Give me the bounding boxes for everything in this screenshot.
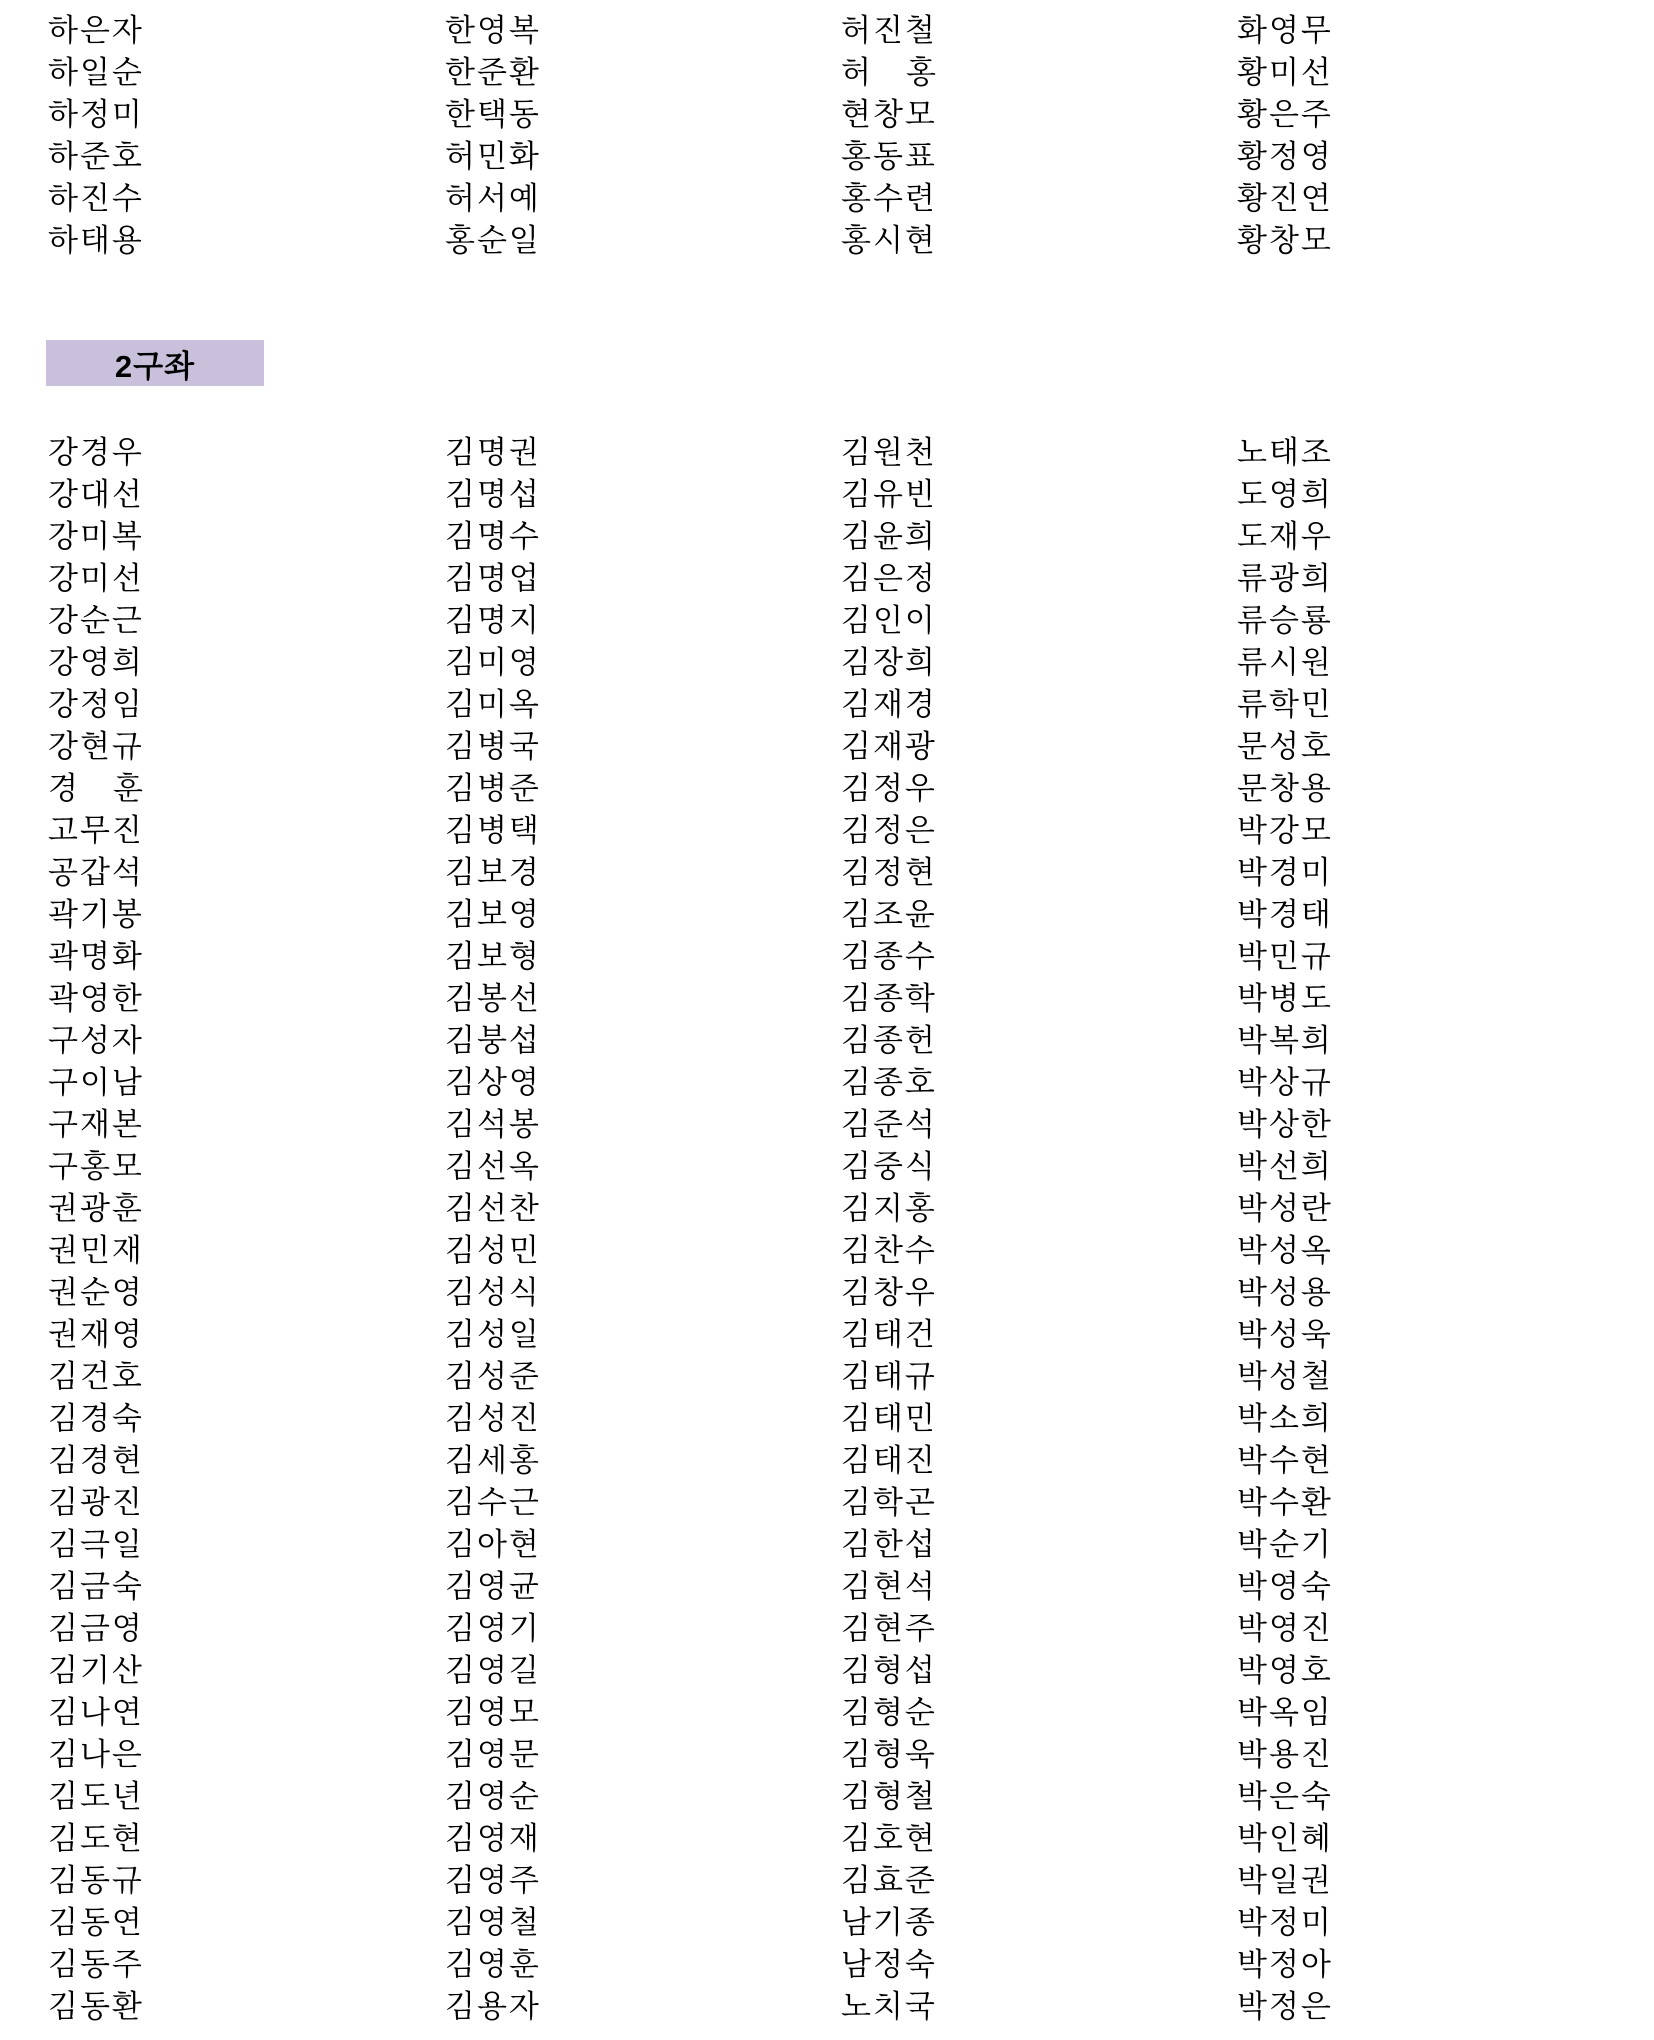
list-item: 김용자 xyxy=(445,1982,541,2024)
list-item: 하일순 xyxy=(48,48,144,90)
list-item: 류학민 xyxy=(1237,680,1333,722)
list-item: 김태진 xyxy=(841,1436,937,1478)
list-item: 박경태 xyxy=(1237,890,1333,932)
list-item: 김성진 xyxy=(445,1394,541,1436)
list-item: 권순영 xyxy=(48,1268,145,1310)
list-item: 구홍모 xyxy=(48,1142,145,1184)
list-item: 김태건 xyxy=(841,1310,937,1352)
list-item: 김형순 xyxy=(841,1688,937,1730)
list-item: 도영희 xyxy=(1237,470,1333,512)
section-header-label: 2구좌 xyxy=(115,341,195,386)
top-list-column-4: 화영무황미선황은주황정영황진연황창모 xyxy=(1237,6,1333,258)
list-item: 김성민 xyxy=(445,1226,541,1268)
list-item: 구이남 xyxy=(48,1058,145,1100)
list-item: 박상한 xyxy=(1237,1100,1333,1142)
list-item: 박일권 xyxy=(1237,1856,1333,1898)
list-item: 김병준 xyxy=(445,764,541,806)
list-item: 김병택 xyxy=(445,806,541,848)
list-item: 김영재 xyxy=(445,1814,541,1856)
list-item: 김영훈 xyxy=(445,1940,541,1982)
list-item: 공갑석 xyxy=(48,848,145,890)
list-item: 김영모 xyxy=(445,1688,541,1730)
list-item: 김명권 xyxy=(445,428,541,470)
list-item: 허서예 xyxy=(445,174,541,216)
list-item: 김나은 xyxy=(48,1730,145,1772)
list-item: 노치국 xyxy=(841,1982,937,2024)
list-item: 김명수 xyxy=(445,512,541,554)
list-item: 박성옥 xyxy=(1237,1226,1333,1268)
list-item: 김동환 xyxy=(48,1982,145,2024)
list-item: 박상규 xyxy=(1237,1058,1333,1100)
list-item: 하정미 xyxy=(48,90,144,132)
list-item: 박영진 xyxy=(1237,1604,1333,1646)
list-item: 김명섭 xyxy=(445,470,541,512)
list-item: 박병도 xyxy=(1237,974,1333,1016)
main-list-column-4: 노태조도영희도재우류광희류승룡류시원류학민문성호문창용박강모박경미박경태박민규박… xyxy=(1237,428,1333,2024)
list-item: 박인혜 xyxy=(1237,1814,1333,1856)
list-item: 문성호 xyxy=(1237,722,1333,764)
list-item: 김중식 xyxy=(841,1142,937,1184)
list-item: 김명업 xyxy=(445,554,541,596)
main-list-column-1: 강경우강대선강미복강미선강순근강영희강정임강현규경 훈고무진공갑석곽기봉곽명화곽… xyxy=(48,428,145,2024)
list-item: 노태조 xyxy=(1237,428,1333,470)
list-item: 김재경 xyxy=(841,680,937,722)
list-item: 김형욱 xyxy=(841,1730,937,1772)
list-item: 김현석 xyxy=(841,1562,937,1604)
list-item: 김정우 xyxy=(841,764,937,806)
list-item: 김재광 xyxy=(841,722,937,764)
list-item: 현창모 xyxy=(841,90,938,132)
list-item: 권민재 xyxy=(48,1226,145,1268)
list-item: 박정은 xyxy=(1237,1982,1333,2024)
list-item: 김동연 xyxy=(48,1898,145,1940)
list-item: 경 훈 xyxy=(48,764,145,806)
list-item: 박수환 xyxy=(1237,1478,1333,1520)
page: 하은자하일순하정미하준호하진수하태용 한영복한준환한택동허민화허서예홍순일 허진… xyxy=(0,0,1654,2040)
list-item: 박복희 xyxy=(1237,1016,1333,1058)
list-item: 김금숙 xyxy=(48,1562,145,1604)
list-item: 김아현 xyxy=(445,1520,541,1562)
list-item: 김병국 xyxy=(445,722,541,764)
list-item: 김경현 xyxy=(48,1436,145,1478)
list-item: 홍순일 xyxy=(445,216,541,258)
list-item: 황은주 xyxy=(1237,90,1333,132)
list-item: 강경우 xyxy=(48,428,145,470)
list-item: 한택동 xyxy=(445,90,541,132)
list-item: 김세홍 xyxy=(445,1436,541,1478)
list-item: 김영주 xyxy=(445,1856,541,1898)
list-item: 남정숙 xyxy=(841,1940,937,1982)
top-list-column-1: 하은자하일순하정미하준호하진수하태용 xyxy=(48,6,144,258)
top-list-column-3: 허진철허 홍현창모홍동표홍수련홍시현 xyxy=(841,6,938,258)
list-item: 김광진 xyxy=(48,1478,145,1520)
list-item: 박수현 xyxy=(1237,1436,1333,1478)
list-item: 문창용 xyxy=(1237,764,1333,806)
list-item: 허민화 xyxy=(445,132,541,174)
list-item: 김동주 xyxy=(48,1940,145,1982)
list-item: 김효준 xyxy=(841,1856,937,1898)
list-item: 김수근 xyxy=(445,1478,541,1520)
list-item: 김조윤 xyxy=(841,890,937,932)
list-item: 김봉선 xyxy=(445,974,541,1016)
list-item: 김인이 xyxy=(841,596,937,638)
list-item: 김기산 xyxy=(48,1646,145,1688)
list-item: 강영희 xyxy=(48,638,145,680)
list-item: 김호현 xyxy=(841,1814,937,1856)
list-item: 김학곤 xyxy=(841,1478,937,1520)
list-item: 곽기봉 xyxy=(48,890,145,932)
top-list-column-2: 한영복한준환한택동허민화허서예홍순일 xyxy=(445,6,541,258)
list-item: 강미선 xyxy=(48,554,145,596)
list-item: 김보형 xyxy=(445,932,541,974)
list-item: 구재본 xyxy=(48,1100,145,1142)
list-item: 김도년 xyxy=(48,1772,145,1814)
list-item: 류광희 xyxy=(1237,554,1333,596)
list-item: 김도현 xyxy=(48,1814,145,1856)
list-item: 김영문 xyxy=(445,1730,541,1772)
list-item: 류시원 xyxy=(1237,638,1333,680)
main-list-column-2: 김명권김명섭김명수김명업김명지김미영김미옥김병국김병준김병택김보경김보영김보형김… xyxy=(445,428,541,2024)
list-item: 김원천 xyxy=(841,428,937,470)
main-list-column-3: 김원천김유빈김윤희김은정김인이김장희김재경김재광김정우김정은김정현김조윤김종수김… xyxy=(841,428,937,2024)
list-item: 박옥임 xyxy=(1237,1688,1333,1730)
list-item: 김건호 xyxy=(48,1352,145,1394)
list-item: 박정미 xyxy=(1237,1898,1333,1940)
list-item: 박선희 xyxy=(1237,1142,1333,1184)
list-item: 강순근 xyxy=(48,596,145,638)
list-item: 하진수 xyxy=(48,174,144,216)
list-item: 남기종 xyxy=(841,1898,937,1940)
list-item: 김성준 xyxy=(445,1352,541,1394)
list-item: 김형철 xyxy=(841,1772,937,1814)
list-item: 김태민 xyxy=(841,1394,937,1436)
list-item: 홍동표 xyxy=(841,132,938,174)
list-item: 박은숙 xyxy=(1237,1772,1333,1814)
top-name-list: 하은자하일순하정미하준호하진수하태용 한영복한준환한택동허민화허서예홍순일 허진… xyxy=(0,6,1654,266)
list-item: 김정현 xyxy=(841,848,937,890)
list-item: 홍수련 xyxy=(841,174,938,216)
list-item: 도재우 xyxy=(1237,512,1333,554)
list-item: 하은자 xyxy=(48,6,144,48)
list-item: 김성일 xyxy=(445,1310,541,1352)
list-item: 김은정 xyxy=(841,554,937,596)
list-item: 김장희 xyxy=(841,638,937,680)
list-item: 허 홍 xyxy=(841,48,938,90)
list-item: 김윤희 xyxy=(841,512,937,554)
list-item: 하준호 xyxy=(48,132,144,174)
list-item: 김정은 xyxy=(841,806,937,848)
list-item: 김극일 xyxy=(48,1520,145,1562)
list-item: 곽명화 xyxy=(48,932,145,974)
list-item: 박성욱 xyxy=(1237,1310,1333,1352)
list-item: 황창모 xyxy=(1237,216,1333,258)
list-item: 황진연 xyxy=(1237,174,1333,216)
list-item: 김영균 xyxy=(445,1562,541,1604)
list-item: 김영길 xyxy=(445,1646,541,1688)
list-item: 김보경 xyxy=(445,848,541,890)
list-item: 권재영 xyxy=(48,1310,145,1352)
list-item: 박용진 xyxy=(1237,1730,1333,1772)
list-item: 강미복 xyxy=(48,512,145,554)
list-item: 박영숙 xyxy=(1237,1562,1333,1604)
list-item: 황정영 xyxy=(1237,132,1333,174)
list-item: 박성용 xyxy=(1237,1268,1333,1310)
list-item: 김선찬 xyxy=(445,1184,541,1226)
list-item: 홍시현 xyxy=(841,216,938,258)
list-item: 김영철 xyxy=(445,1898,541,1940)
list-item: 화영무 xyxy=(1237,6,1333,48)
list-item: 김창우 xyxy=(841,1268,937,1310)
list-item: 박영호 xyxy=(1237,1646,1333,1688)
list-item: 김붕섭 xyxy=(445,1016,541,1058)
list-item: 구성자 xyxy=(48,1016,145,1058)
list-item: 고무진 xyxy=(48,806,145,848)
list-item: 김유빈 xyxy=(841,470,937,512)
list-item: 김명지 xyxy=(445,596,541,638)
list-item: 김경숙 xyxy=(48,1394,145,1436)
list-item: 류승룡 xyxy=(1237,596,1333,638)
list-item: 김찬수 xyxy=(841,1226,937,1268)
list-item: 김성식 xyxy=(445,1268,541,1310)
list-item: 김영기 xyxy=(445,1604,541,1646)
list-item: 한영복 xyxy=(445,6,541,48)
list-item: 강대선 xyxy=(48,470,145,512)
list-item: 김금영 xyxy=(48,1604,145,1646)
list-item: 강정임 xyxy=(48,680,145,722)
list-item: 박정아 xyxy=(1237,1940,1333,1982)
main-name-list: 강경우강대선강미복강미선강순근강영희강정임강현규경 훈고무진공갑석곽기봉곽명화곽… xyxy=(0,428,1654,2040)
list-item: 허진철 xyxy=(841,6,938,48)
list-item: 김한섭 xyxy=(841,1520,937,1562)
list-item: 황미선 xyxy=(1237,48,1333,90)
list-item: 김종학 xyxy=(841,974,937,1016)
list-item: 김상영 xyxy=(445,1058,541,1100)
list-item: 김종수 xyxy=(841,932,937,974)
list-item: 박소희 xyxy=(1237,1394,1333,1436)
list-item: 김형섭 xyxy=(841,1646,937,1688)
list-item: 김태규 xyxy=(841,1352,937,1394)
list-item: 한준환 xyxy=(445,48,541,90)
list-item: 김석봉 xyxy=(445,1100,541,1142)
list-item: 김나연 xyxy=(48,1688,145,1730)
list-item: 박성철 xyxy=(1237,1352,1333,1394)
list-item: 김현주 xyxy=(841,1604,937,1646)
list-item: 박순기 xyxy=(1237,1520,1333,1562)
list-item: 하태용 xyxy=(48,216,144,258)
list-item: 김영순 xyxy=(445,1772,541,1814)
list-item: 김보영 xyxy=(445,890,541,932)
list-item: 김미옥 xyxy=(445,680,541,722)
list-item: 김종헌 xyxy=(841,1016,937,1058)
list-item: 곽영한 xyxy=(48,974,145,1016)
list-item: 박경미 xyxy=(1237,848,1333,890)
list-item: 김선옥 xyxy=(445,1142,541,1184)
list-item: 김지홍 xyxy=(841,1184,937,1226)
list-item: 강현규 xyxy=(48,722,145,764)
list-item: 박성란 xyxy=(1237,1184,1333,1226)
list-item: 김준석 xyxy=(841,1100,937,1142)
list-item: 김미영 xyxy=(445,638,541,680)
section-header-2guja: 2구좌 xyxy=(46,340,264,386)
list-item: 박강모 xyxy=(1237,806,1333,848)
list-item: 김동규 xyxy=(48,1856,145,1898)
list-item: 권광훈 xyxy=(48,1184,145,1226)
list-item: 김종호 xyxy=(841,1058,937,1100)
list-item: 박민규 xyxy=(1237,932,1333,974)
